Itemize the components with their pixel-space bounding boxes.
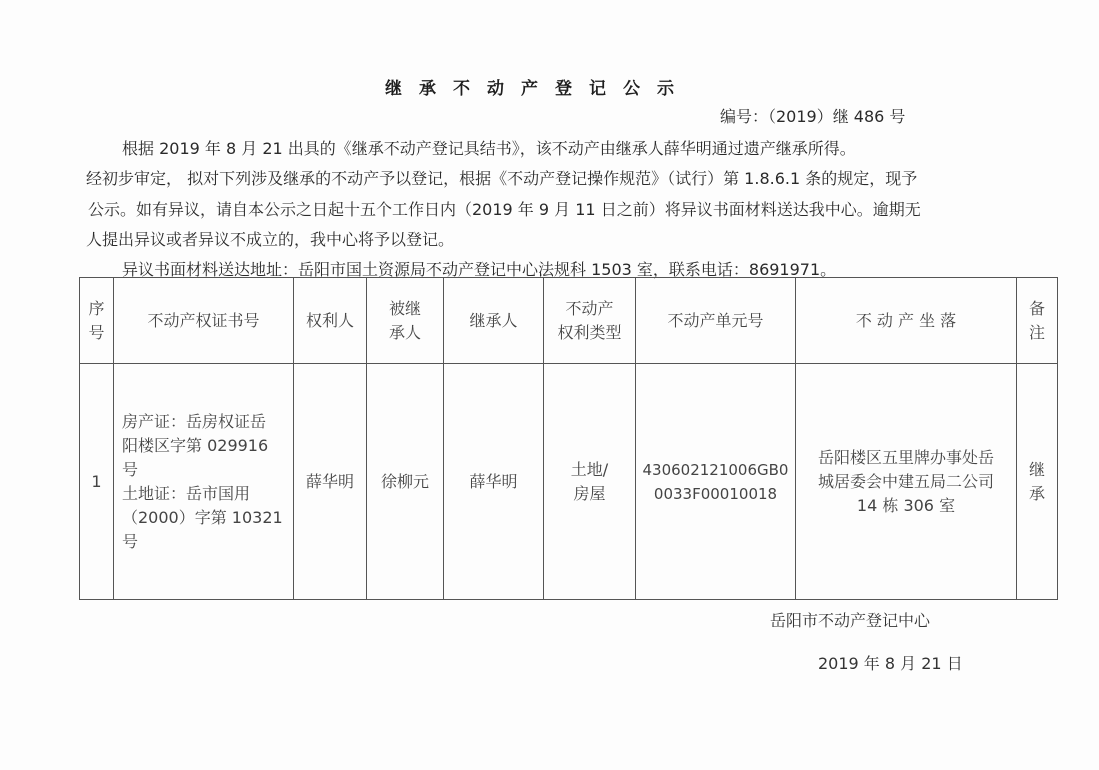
- cell-unit-no: 430602121006GB0 0033F00010018: [636, 364, 796, 600]
- header-cert-no: 不动产权证书号: [114, 278, 294, 364]
- notice-table: 序号 不动产权证书号 权利人 被继承人 继承人 不动产权利类型 不动产单元号 不…: [79, 277, 1058, 600]
- cell-location: 岳阳楼区五里牌办事处岳 城居委会中建五局二公司 14 栋 306 室: [796, 364, 1017, 600]
- header-location: 不 动 产 坐 落: [796, 278, 1017, 364]
- cell-heir: 薛华明: [444, 364, 544, 600]
- issue-date: 2019 年 8 月 21 日: [818, 651, 963, 674]
- header-decedent: 被继承人: [367, 278, 444, 364]
- page-title: 继承不动产登记公示: [385, 74, 691, 99]
- header-unit-no: 不动产单元号: [636, 278, 796, 364]
- header-seq: 序号: [80, 278, 114, 364]
- header-right-holder: 权利人: [294, 278, 367, 364]
- paragraph-2-line-1: 经初步审定， 拟对下列涉及继承的不动产予以登记，根据《不动产登记操作规范》（试行…: [86, 166, 917, 189]
- document-number: 编号：（2019）继 486 号: [720, 104, 905, 127]
- header-right-type: 不动产权利类型: [544, 278, 636, 364]
- paragraph-2-line-2: 公示。如有异议，请自本公示之日起十五个工作日内（2019 年 9 月 11 日之…: [88, 197, 921, 220]
- table-header-row: 序号 不动产权证书号 权利人 被继承人 继承人 不动产权利类型 不动产单元号 不…: [80, 278, 1058, 364]
- paragraph-1: 根据 2019 年 8 月 21 出具的《继承不动产登记具结书》，该不动产由继承…: [122, 136, 856, 159]
- issuer-name: 岳阳市不动产登记中心: [770, 608, 930, 631]
- cell-seq: 1: [80, 364, 114, 600]
- cell-right-type: 土地/ 房屋: [544, 364, 636, 600]
- table-row: 1 房产证：岳房权证岳 阳楼区字第 029916 号 土地证：岳市国用 （200…: [80, 364, 1058, 600]
- paragraph-2-line-3: 人提出异议或者异议不成立的，我中心将予以登记。: [86, 227, 454, 250]
- header-remark: 备注: [1017, 278, 1058, 364]
- cell-cert-no: 房产证：岳房权证岳 阳楼区字第 029916 号 土地证：岳市国用 （2000）…: [114, 364, 294, 600]
- cell-right-holder: 薛华明: [294, 364, 367, 600]
- cell-decedent: 徐柳元: [367, 364, 444, 600]
- cell-remark: 继 承: [1017, 364, 1058, 600]
- header-heir: 继承人: [444, 278, 544, 364]
